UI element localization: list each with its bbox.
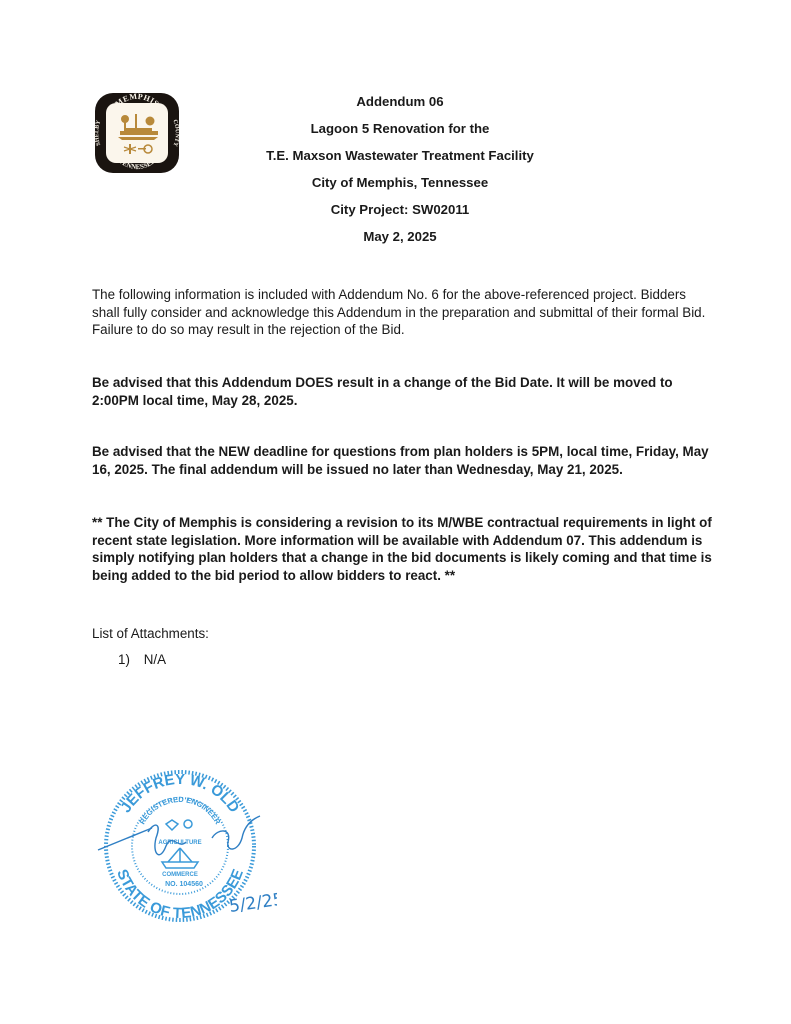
project-number: City Project: SW02011 — [200, 201, 600, 228]
mwbe-notice: ** The City of Memphis is considering a … — [92, 514, 712, 584]
svg-text:REGISTERED ENGINEER: REGISTERED ENGINEER — [138, 795, 223, 826]
svg-text:JEFFREY W. OLD: JEFFREY W. OLD — [117, 771, 242, 816]
attachment-item: 1) N/A — [118, 652, 166, 667]
project-name: Lagoon 5 Renovation for the — [200, 120, 600, 147]
svg-text:COMMERCE: COMMERCE — [162, 872, 198, 878]
bid-date-notice: Be advised that this Addendum DOES resul… — [92, 374, 712, 409]
svg-text:AGRICULTURE: AGRICULTURE — [158, 840, 201, 846]
attachment-number: 1) — [118, 652, 140, 667]
questions-deadline-notice: Be advised that the NEW deadline for que… — [92, 443, 712, 478]
attachment-label: N/A — [144, 652, 166, 667]
city-name: City of Memphis, Tennessee — [200, 174, 600, 201]
svg-text:NO. 104560: NO. 104560 — [165, 881, 203, 888]
engineer-stamp: JEFFREY W. OLD STATE OF TENNESSEE REGIST… — [92, 762, 277, 922]
attachments-heading: List of Attachments: — [92, 626, 209, 641]
document-header: Addendum 06 Lagoon 5 Renovation for the … — [200, 93, 600, 255]
issue-date: May 2, 2025 — [200, 228, 600, 255]
intro-paragraph: The following information is included wi… — [92, 286, 712, 339]
facility-name: T.E. Maxson Wastewater Treatment Facilit… — [200, 147, 600, 174]
city-seal-logo: MEMPHIS TENNESSEE SHELBY COUNTY — [94, 92, 180, 174]
addendum-title: Addendum 06 — [200, 93, 600, 120]
